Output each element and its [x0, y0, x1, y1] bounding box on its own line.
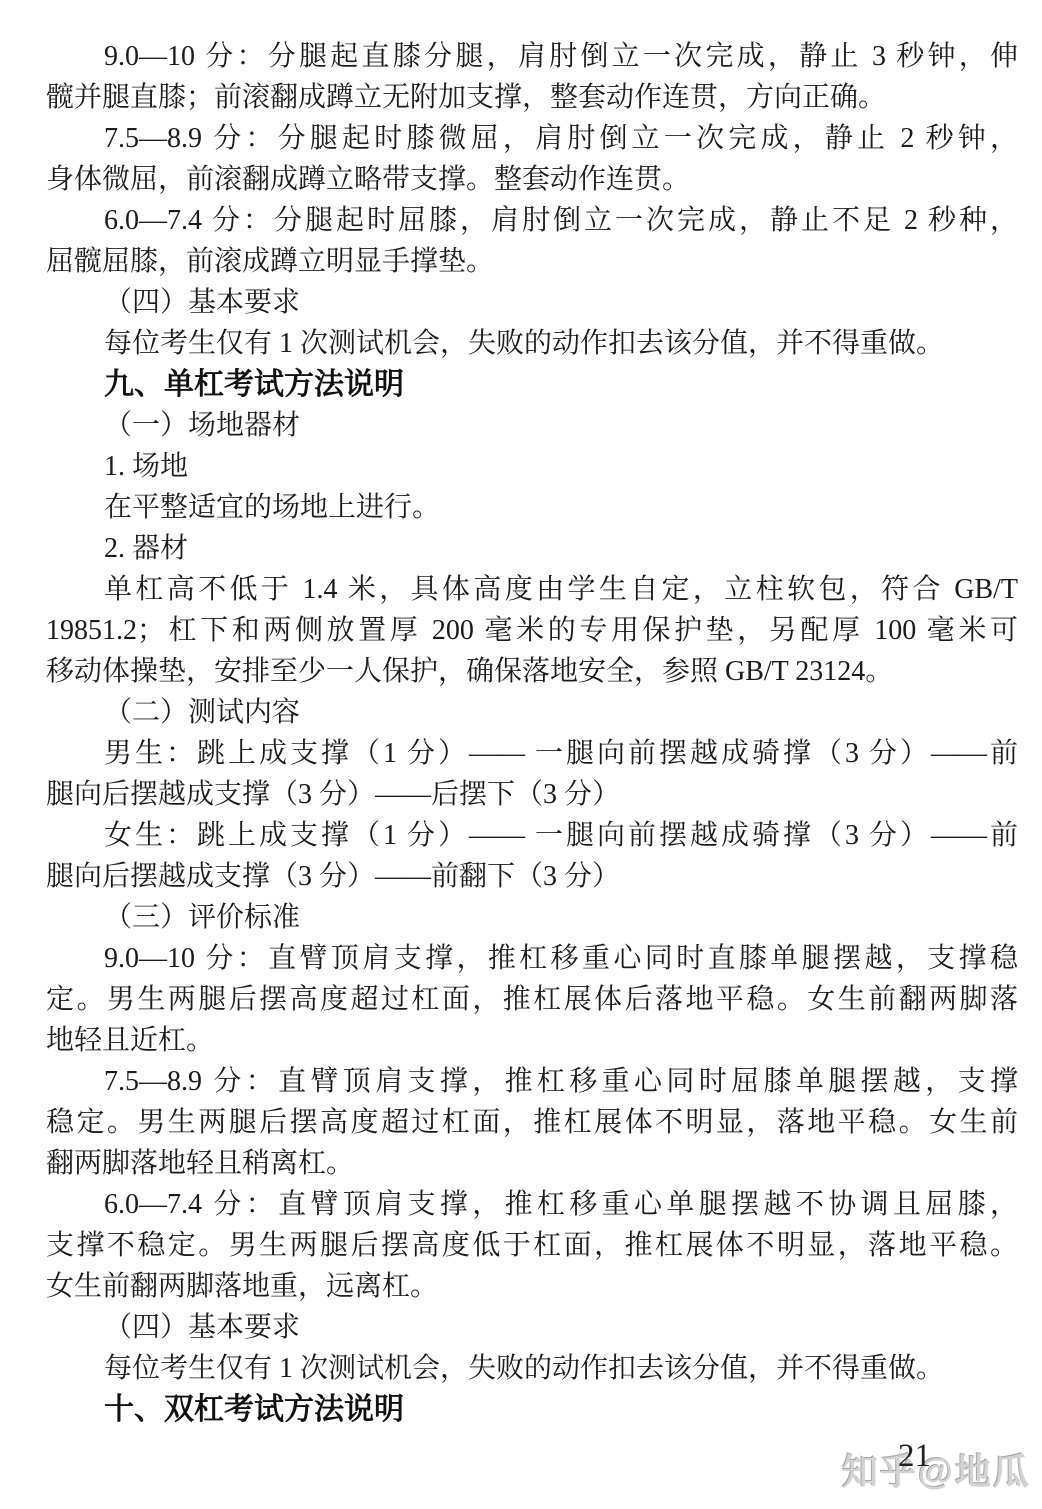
zhihu-watermark: 知乎@地瓜 — [842, 1444, 1031, 1495]
doc-line: 翻两脚落地轻且稍离杠。 — [46, 1143, 1018, 1184]
doc-line: 移动体操垫，安排至少一人保护，确保落地安全，参照 GB/T 23124。 — [46, 651, 1018, 692]
doc-line: 7.5—8.9 分：直臂顶肩支撑，推杠移重心同时屈膝单腿摆越，支撑 — [46, 1061, 1018, 1102]
subsection-heading: （一）场地器材 — [46, 405, 1018, 446]
doc-line: 定。男生两腿后摆高度超过杠面，推杠展体后落地平稳。女生前翻两脚落 — [46, 979, 1018, 1020]
doc-line: 女生前翻两脚落地重，远离杠。 — [46, 1266, 1018, 1307]
doc-line: 6.0—7.4 分：分腿起时屈膝，肩肘倒立一次完成，静止不足 2 秒种， — [46, 200, 1018, 241]
doc-line: 在平整适宜的场地上进行。 — [46, 487, 1018, 528]
doc-line: 稳定。男生两腿后摆高度超过杠面，推杠展体不明显，落地平稳。女生前 — [46, 1102, 1018, 1143]
doc-line: 7.5—8.9 分：分腿起时膝微屈，肩肘倒立一次完成，静止 2 秒钟， — [46, 118, 1018, 159]
doc-line: 6.0—7.4 分：直臂顶肩支撑，推杠移重心单腿摆越不协调且屈膝， — [46, 1184, 1018, 1225]
doc-line: 腿向后摆越成支撑（3 分）——前翻下（3 分） — [46, 856, 1018, 897]
subsection-heading: （四）基本要求 — [46, 282, 1018, 323]
doc-line: 9.0—10 分：分腿起直膝分腿，肩肘倒立一次完成，静止 3 秒钟，伸 — [46, 36, 1018, 77]
doc-line: 支撑不稳定。男生两腿后摆高度低于杠面，推杠展体不明显，落地平稳。 — [46, 1225, 1018, 1266]
doc-line: 身体微屈，前滚翻成蹲立略带支撑。整套动作连贯。 — [46, 159, 1018, 200]
doc-line: 髋并腿直膝；前滚翻成蹲立无附加支撑，整套动作连贯，方向正确。 — [46, 77, 1018, 118]
doc-line: 9.0—10 分：直臂顶肩支撑，推杠移重心同时直膝单腿摆越，支撑稳 — [46, 938, 1018, 979]
subsection-heading: （二）测试内容 — [46, 692, 1018, 733]
doc-line: 每位考生仅有 1 次测试机会，失败的动作扣去该分值，并不得重做。 — [46, 323, 1018, 364]
subsection-heading: （四）基本要求 — [46, 1307, 1018, 1348]
doc-line: 屈髋屈膝，前滚成蹲立明显手撑垫。 — [46, 241, 1018, 282]
doc-line: 腿向后摆越成支撑（3 分）——后摆下（3 分） — [46, 774, 1018, 815]
doc-line: 每位考生仅有 1 次测试机会，失败的动作扣去该分值，并不得重做。 — [46, 1348, 1018, 1389]
item-heading: 1. 场地 — [46, 446, 1018, 487]
document-content: 9.0—10 分：分腿起直膝分腿，肩肘倒立一次完成，静止 3 秒钟，伸 髋并腿直… — [46, 36, 1018, 1430]
subsection-heading: （三）评价标准 — [46, 897, 1018, 938]
page-number: 21 — [898, 1438, 931, 1475]
doc-line: 19851.2；杠下和两侧放置厚 200 毫米的专用保护垫，另配厚 100 毫米… — [46, 610, 1018, 651]
section-heading: 十、双杠考试方法说明 — [46, 1389, 1018, 1430]
doc-line: 单杠高不低于 1.4 米，具体高度由学生自定，立柱软包，符合 GB/T — [46, 569, 1018, 610]
section-heading: 九、单杠考试方法说明 — [46, 364, 1018, 405]
doc-line: 女生：跳上成支撑（1 分）—— 一腿向前摆越成骑撑（3 分）——前 — [46, 815, 1018, 856]
doc-line: 男生：跳上成支撑（1 分）—— 一腿向前摆越成骑撑（3 分）——前 — [46, 733, 1018, 774]
item-heading: 2. 器材 — [46, 528, 1018, 569]
doc-line: 地轻且近杠。 — [46, 1020, 1018, 1061]
document-page: 9.0—10 分：分腿起直膝分腿，肩肘倒立一次完成，静止 3 秒钟，伸 髋并腿直… — [0, 0, 1042, 1509]
